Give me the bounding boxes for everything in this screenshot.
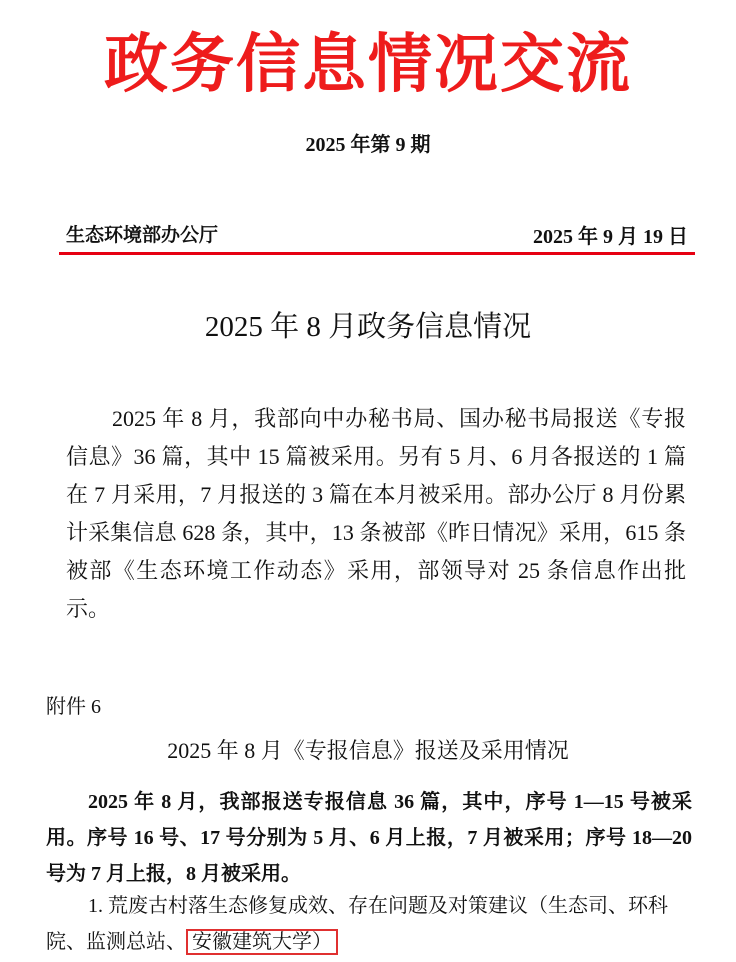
attachment-title: 2025 年 8 月《专报信息》报送及采用情况 xyxy=(0,734,736,765)
attachment-summary: 2025 年 8 月，我部报送专报信息 36 篇，其中，序号 1—15 号被采用… xyxy=(46,784,692,892)
red-rule-divider xyxy=(59,252,695,255)
issue-number: 2025 年第 9 期 xyxy=(0,128,736,157)
attachment-label: 附件 6 xyxy=(46,690,101,719)
issuing-organization: 生态环境部办公厅 xyxy=(66,220,218,249)
list-item-text: 1. 荒废古村落生态修复成效、存在问题及对策建议（生态司、环科院、监测总站、 xyxy=(46,895,668,953)
list-item: 1. 荒废古村落生态修复成效、存在问题及对策建议（生态司、环科院、监测总站、安徽… xyxy=(46,888,692,960)
highlighted-institution: 安徽建筑大学） xyxy=(186,929,338,955)
body-paragraph: 2025 年 8 月，我部向中办秘书局、国办秘书局报送《专报信息》36 篇，其中… xyxy=(66,400,686,628)
issue-date: 2025 年 9 月 19 日 xyxy=(533,220,688,249)
document-title: 2025 年 8 月政务信息情况 xyxy=(0,304,736,345)
issuer-row: 生态环境部办公厅 2025 年 9 月 19 日 xyxy=(66,220,688,249)
masthead-title: 政务信息情况交流 xyxy=(0,20,736,110)
